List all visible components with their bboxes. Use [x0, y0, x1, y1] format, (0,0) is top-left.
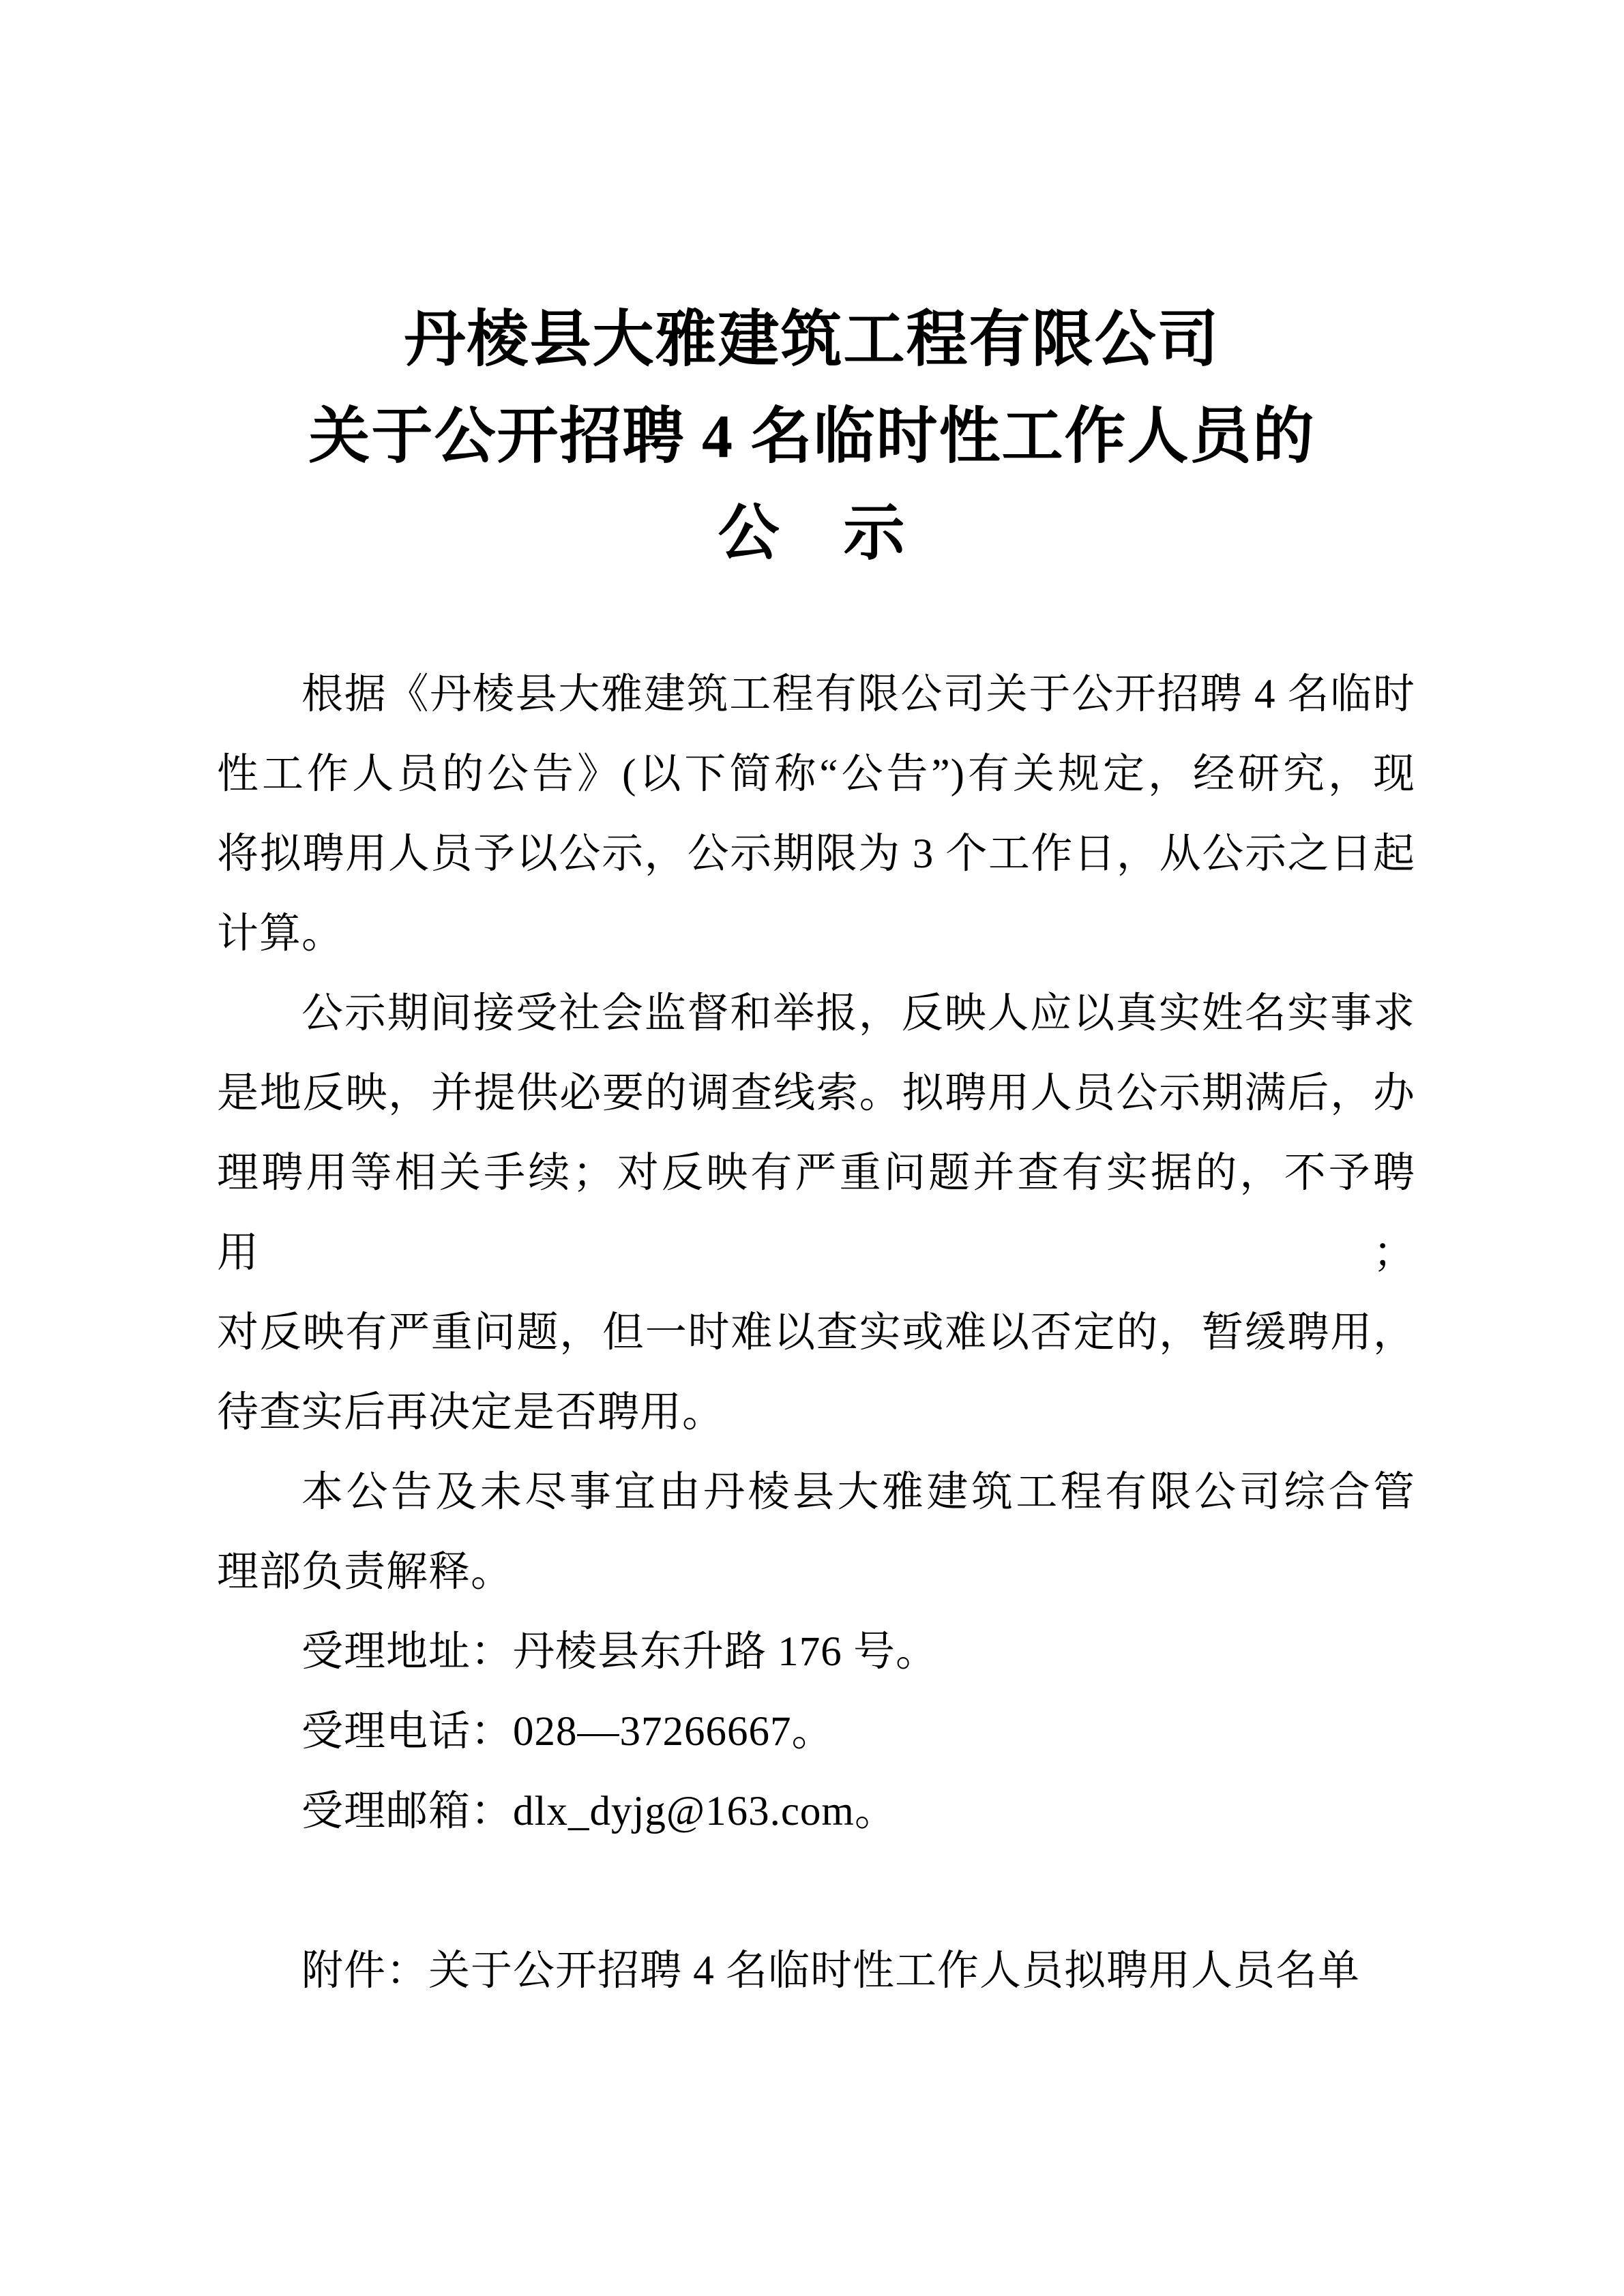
document-title-line: 关于公开招聘 4 名临时性工作人员的: [0, 389, 1624, 486]
body-line: 根据《丹棱县大雅建筑工程有限公司关于公开招聘 4 名临时: [217, 655, 1415, 734]
body-line: 本公告及未尽事宜由丹棱县大雅建筑工程有限公司综合管: [217, 1452, 1415, 1532]
document-title: 丹棱县大雅建筑工程有限公司关于公开招聘 4 名临时性工作人员的公 示: [0, 0, 1624, 582]
document-body: 根据《丹棱县大雅建筑工程有限公司关于公开招聘 4 名临时性工作人员的公告》(以下…: [217, 655, 1415, 2011]
document-title-line: 丹棱县大雅建筑工程有限公司: [0, 292, 1624, 389]
document-title-line: 公 示: [0, 486, 1624, 582]
body-line: 附件：关于公开招聘 4 名临时性工作人员拟聘用人员名单: [217, 1931, 1415, 2011]
body-line: 受理电话：028—37266667。: [217, 1692, 1415, 1772]
body-line: 理聘用等相关手续；对反映有严重问题并查有实据的，不予聘用；: [217, 1133, 1415, 1293]
body-line: 计算。: [217, 894, 1415, 974]
body-line: 性工作人员的公告》(以下简称“公告”)有关规定，经研究，现: [217, 734, 1415, 814]
body-line: 受理地址：丹棱县东升路 176 号。: [217, 1612, 1415, 1692]
body-line: 理部负责解释。: [217, 1532, 1415, 1612]
body-line: 是地反映，并提供必要的调查线索。拟聘用人员公示期满后，办: [217, 1054, 1415, 1133]
body-line: 受理邮箱：dlx_dyjg@163.com。: [217, 1772, 1415, 1851]
body-line: 公示期间接受社会监督和举报，反映人应以真实姓名实事求: [217, 974, 1415, 1054]
body-line: 将拟聘用人员予以公示，公示期限为 3 个工作日，从公示之日起: [217, 814, 1415, 894]
body-line: 对反映有严重问题，但一时难以查实或难以否定的，暂缓聘用，: [217, 1293, 1415, 1373]
body-line: 待查实后再决定是否聘用。: [217, 1373, 1415, 1452]
document-page: 丹棱县大雅建筑工程有限公司关于公开招聘 4 名临时性工作人员的公 示 根据《丹棱…: [0, 0, 1624, 2296]
